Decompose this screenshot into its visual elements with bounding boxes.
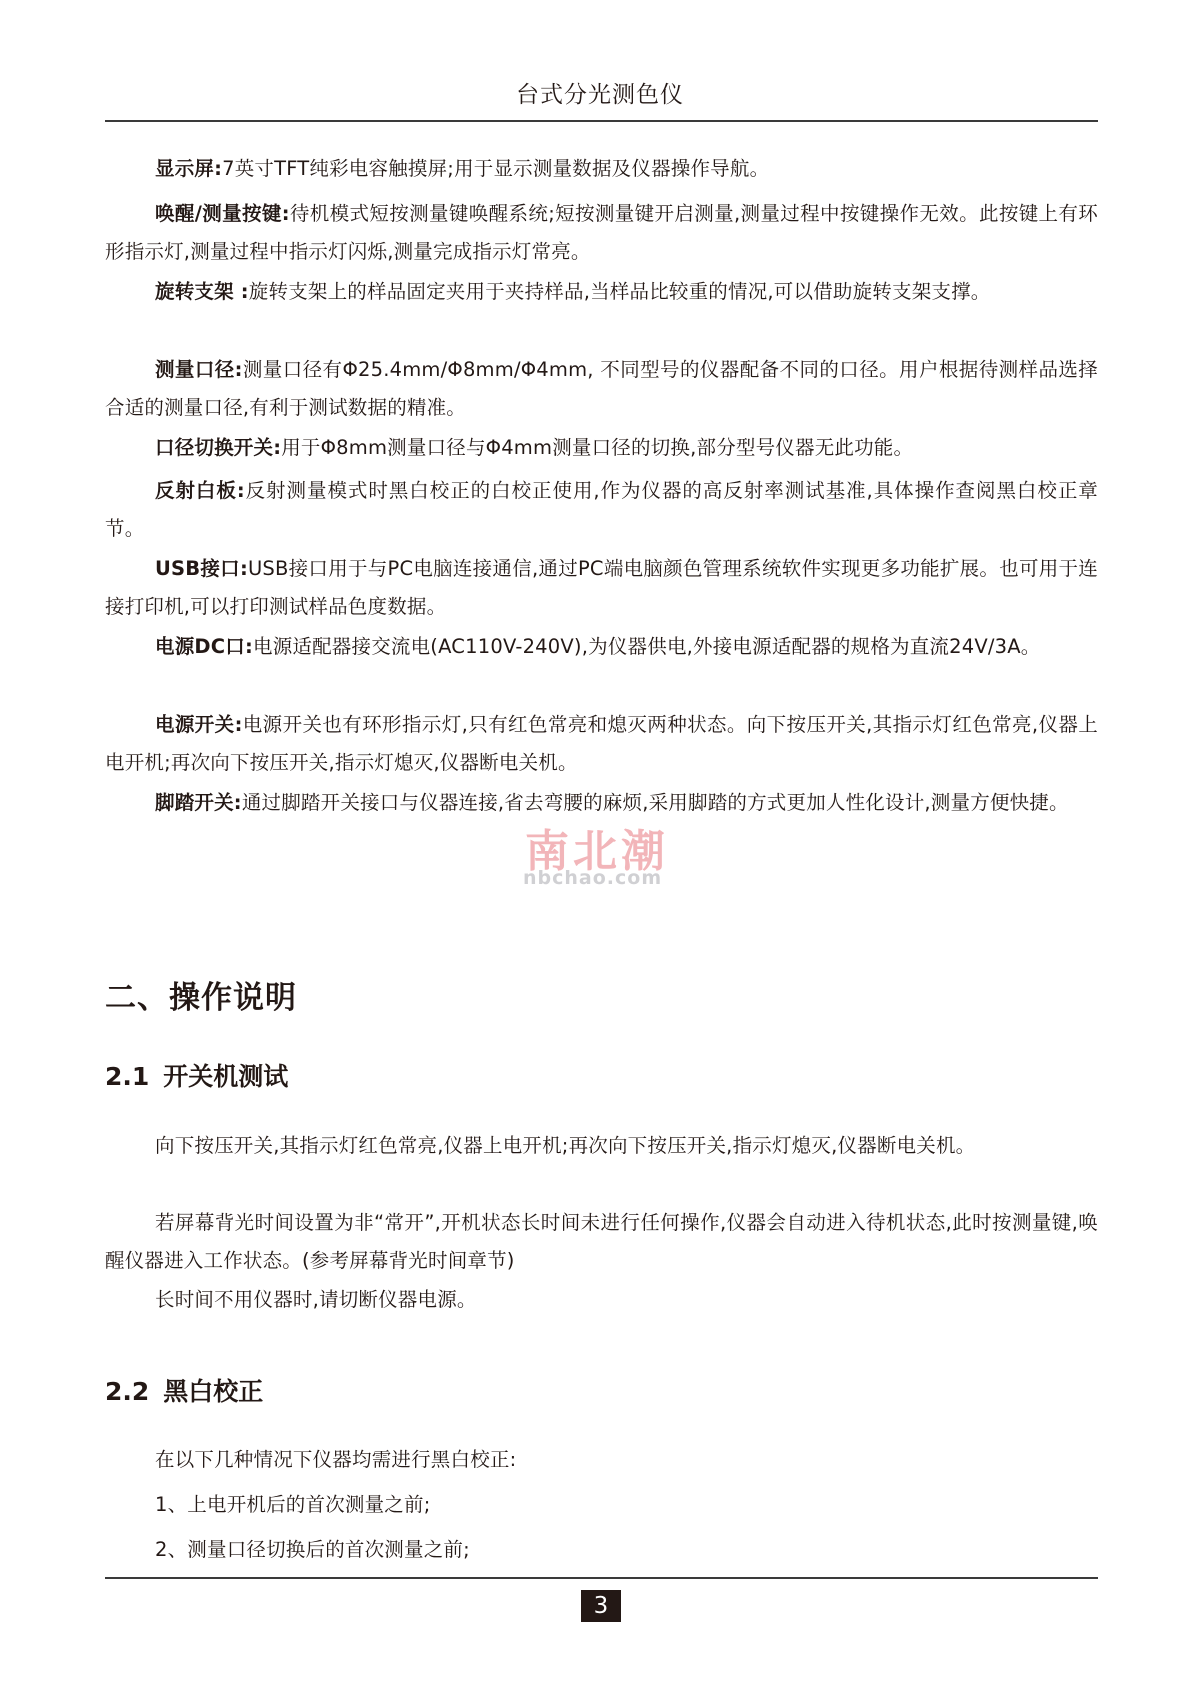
term-text: 通过脚踏开关接口与仪器连接,省去弯腰的麻烦,采用脚踏的方式更加人性化设计,测量方… <box>242 791 1069 814</box>
component-description-usb: USB接口:USB接口用于与PC电脑连接通信,通过PC端电脑颜色管理系统软件实现… <box>105 550 1098 626</box>
watermark-logo-text: 南北潮 <box>525 815 669 879</box>
term-label: 反射白板: <box>155 479 245 502</box>
footer-divider <box>105 1577 1098 1579</box>
term-text: 反射测量模式时黑白校正的白校正使用,作为仪器的高反射率测试基准,具体操作查阅黑白… <box>105 479 1098 540</box>
subsection-title: 黑白校正 <box>163 1377 263 1406</box>
component-description-power-switch: 电源开关:电源开关也有环形指示灯,只有红色常亮和熄灭两种状态。向下按压开关,其指… <box>105 706 1098 782</box>
component-description-display: 显示屏:7英寸TFT纯彩电容触摸屏;用于显示测量数据及仪器操作导航。 <box>105 150 1098 188</box>
body-paragraph: 长时间不用仪器时,请切断仪器电源。 <box>105 1281 1098 1319</box>
component-description-aperture: 测量口径:测量口径有Φ25.4mm/Φ8mm/Φ4mm, 不同型号的仪器配备不同… <box>105 351 1098 427</box>
watermark-domain-text: nbchao.com <box>523 867 662 889</box>
component-description-rotating-stand: 旋转支架 :旋转支架上的样品固定夹用于夹持样品,当样品比较重的情况,可以借助旋转… <box>105 273 1098 311</box>
page-header-title: 台式分光测色仪 <box>0 76 1200 109</box>
term-label: 唤醒/测量按键: <box>155 202 290 225</box>
header-divider <box>105 120 1098 122</box>
component-description-wake-button: 唤醒/测量按键:待机模式短按测量键唤醒系统;短按测量键开启测量,测量过程中按键操… <box>105 195 1098 271</box>
term-text: 旋转支架上的样品固定夹用于夹持样品,当样品比较重的情况,可以借助旋转支架支撑。 <box>249 280 991 303</box>
term-label: 显示屏: <box>155 157 222 180</box>
list-item: 2、测量口径切换后的首次测量之前; <box>105 1531 1098 1569</box>
term-text: 电源开关也有环形指示灯,只有红色常亮和熄灭两种状态。向下按压开关,其指示灯红色常… <box>105 713 1098 774</box>
subsection-heading-power-test: 2.1开关机测试 <box>105 1057 288 1093</box>
term-label: 脚踏开关: <box>155 791 242 814</box>
section-heading-operation: 二、操作说明 <box>105 972 297 1017</box>
term-label: 旋转支架 : <box>155 280 249 303</box>
term-label: USB接口: <box>155 557 248 580</box>
term-text: USB接口用于与PC电脑连接通信,通过PC端电脑颜色管理系统软件实现更多功能扩展… <box>105 557 1098 618</box>
component-description-foot-switch: 脚踏开关:通过脚踏开关接口与仪器连接,省去弯腰的麻烦,采用脚踏的方式更加人性化设… <box>105 784 1098 822</box>
subsection-heading-calibration: 2.2黑白校正 <box>105 1372 263 1408</box>
page-number-badge: 3 <box>581 1590 621 1622</box>
subsection-number: 2.1 <box>105 1062 149 1091</box>
component-description-white-board: 反射白板:反射测量模式时黑白校正的白校正使用,作为仪器的高反射率测试基准,具体操… <box>105 472 1098 548</box>
term-label: 电源DC口: <box>155 635 253 658</box>
term-text: 用于Φ8mm测量口径与Φ4mm测量口径的切换,部分型号仪器无此功能。 <box>281 436 913 459</box>
term-label: 测量口径: <box>155 358 243 381</box>
component-description-aperture-switch: 口径切换开关:用于Φ8mm测量口径与Φ4mm测量口径的切换,部分型号仪器无此功能… <box>105 429 1098 467</box>
body-paragraph: 若屏幕背光时间设置为非“常开”,开机状态长时间未进行任何操作,仪器会自动进入待机… <box>105 1204 1098 1280</box>
watermark: 南北潮 nbchao.com <box>515 815 695 895</box>
term-text: 7英寸TFT纯彩电容触摸屏;用于显示测量数据及仪器操作导航。 <box>222 157 769 180</box>
term-text: 电源适配器接交流电(AC110V-240V),为仪器供电,外接电源适配器的规格为… <box>253 635 1041 658</box>
term-text: 测量口径有Φ25.4mm/Φ8mm/Φ4mm, 不同型号的仪器配备不同的口径。用… <box>105 358 1098 419</box>
subsection-title: 开关机测试 <box>163 1062 288 1091</box>
subsection-number: 2.2 <box>105 1377 149 1406</box>
term-label: 电源开关: <box>155 713 243 736</box>
body-paragraph: 在以下几种情况下仪器均需进行黑白校正: <box>105 1441 1098 1479</box>
component-description-dc-port: 电源DC口:电源适配器接交流电(AC110V-240V),为仪器供电,外接电源适… <box>105 628 1098 666</box>
list-item: 1、上电开机后的首次测量之前; <box>105 1486 1098 1524</box>
body-paragraph: 向下按压开关,其指示灯红色常亮,仪器上电开机;再次向下按压开关,指示灯熄灭,仪器… <box>105 1127 1098 1165</box>
term-label: 口径切换开关: <box>155 436 281 459</box>
